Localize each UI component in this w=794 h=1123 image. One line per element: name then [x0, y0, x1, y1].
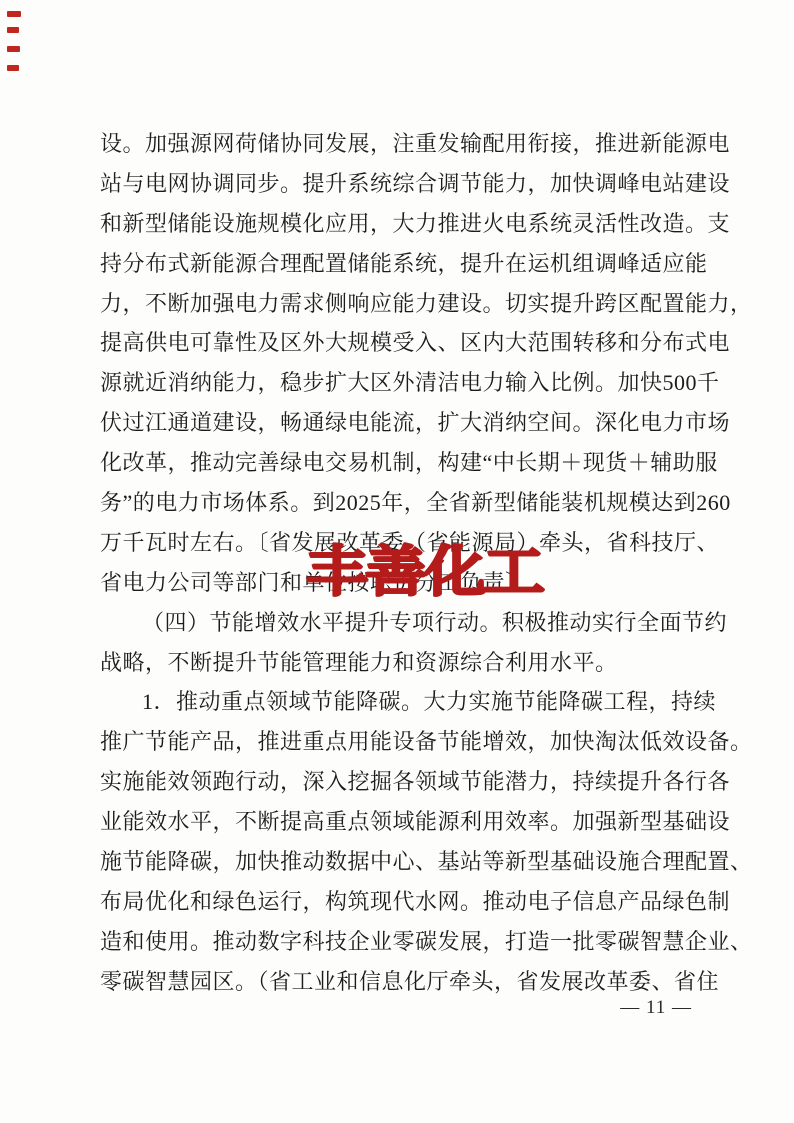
red-edge-artifact: [7, 8, 25, 88]
red-edge-artifact-bar: [7, 46, 20, 52]
text-line: 和新型储能设施规模化应用，大力推进火电系统灵活性改造。支: [100, 204, 706, 244]
text-line: 零碳智慧园区。（省工业和信息化厅牵头，省发展改革委、省住: [100, 962, 706, 1002]
text-line: 设。加强源网荷储协同发展，注重发输配用衔接，推进新能源电: [100, 124, 706, 164]
text-line: 力，不断加强电力需求侧响应能力建设。切实提升跨区配置能力，: [100, 284, 706, 324]
document-page: 设。加强源网荷储协同发展，注重发输配用衔接，推进新能源电站与电网协调同步。提升系…: [0, 0, 794, 1123]
text-line: 站与电网协调同步。提升系统综合调节能力，加快调峰电站建设: [100, 164, 706, 204]
text-line: 施节能降碳，加快推动数据中心、基站等新型基础设施合理配置、: [100, 842, 706, 882]
text-line: 务”的电力市场体系。到2025年，全省新型储能装机规模达到260: [100, 483, 706, 523]
text-line: 化改革，推动完善绿电交易机制，构建“中长期＋现货＋辅助服: [100, 443, 706, 483]
page-number: — 11 —: [620, 997, 692, 1019]
text-line: 实施能效领跑行动，深入挖掘各领域节能潜力，持续提升各行各: [100, 762, 706, 802]
watermark-overlay: 丰善化工: [306, 528, 542, 606]
text-line: 源就近消纳能力，稳步扩大区外清洁电力输入比例。加快500千: [100, 363, 706, 403]
red-edge-artifact-bar: [7, 11, 21, 17]
text-line: 提高供电可靠性及区外大规模受入、区内大范围转移和分布式电: [100, 323, 706, 363]
text-line: 推广节能产品，推进重点用能设备节能增效，加快淘汰低效设备。: [100, 722, 706, 762]
text-line: （四）节能增效水平提升专项行动。积极推动实行全面节约: [100, 603, 706, 643]
text-line: 持分布式新能源合理配置储能系统，提升在运机组调峰适应能: [100, 244, 706, 284]
text-line: 伏过江通道建设，畅通绿电能流，扩大消纳空间。深化电力市场: [100, 403, 706, 443]
text-line: 造和使用。推动数字科技企业零碳发展，打造一批零碳智慧企业、: [100, 922, 706, 962]
text-line: 1．推动重点领域节能降碳。大力实施节能降碳工程，持续: [100, 682, 706, 722]
text-line: 布局优化和绿色运行，构筑现代水网。推动电子信息产品绿色制: [100, 882, 706, 922]
red-edge-artifact-bar: [7, 27, 19, 33]
text-line: 战略，不断提升节能管理能力和资源综合利用水平。: [100, 643, 706, 683]
red-edge-artifact-bar: [7, 65, 19, 71]
text-line: 业能效水平，不断提高重点领域能源利用效率。加强新型基础设: [100, 802, 706, 842]
